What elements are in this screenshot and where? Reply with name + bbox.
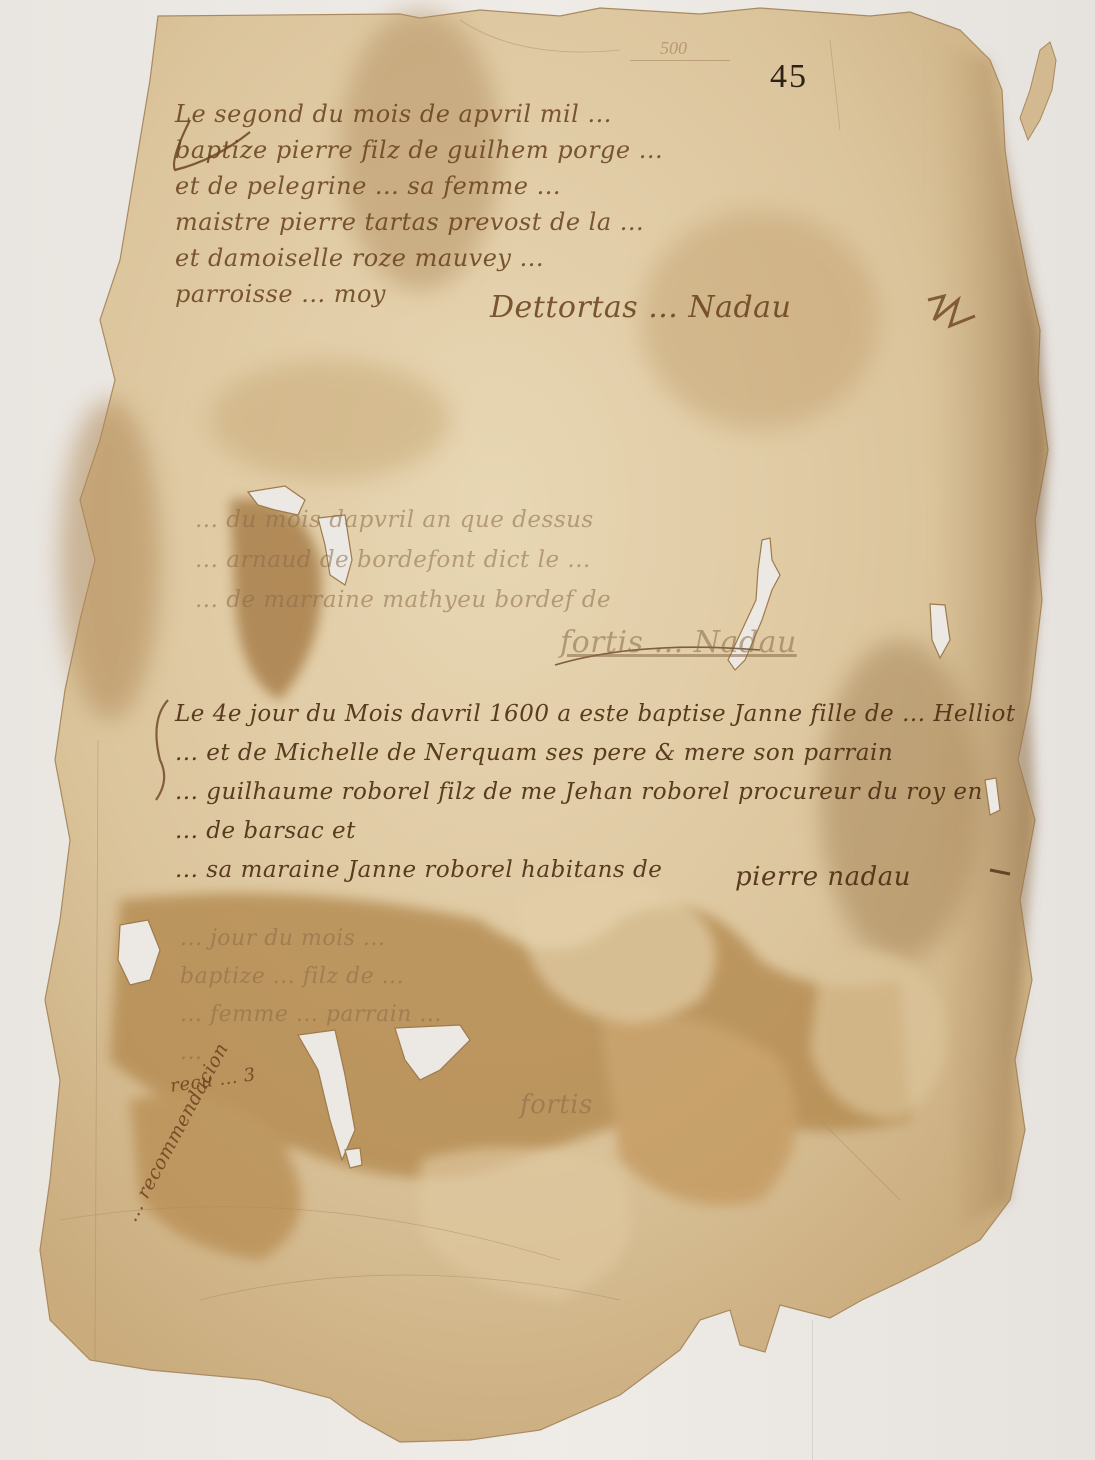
entry-1-signature: Dettortas ... Nadau — [490, 290, 791, 325]
register-entry-3: Le 4e jour du Mois davril 1600 a este ba… — [175, 695, 1016, 890]
old-page-number: 500 — [660, 38, 687, 59]
entry-4-line-3: ... femme ... parrain ... — [180, 996, 442, 1034]
entry-1-line-2: baptize pierre filz de guilhem porge ... — [175, 132, 663, 168]
entry-3-line-4: ... de barsac et — [175, 812, 1016, 851]
entry-3-signature: pierre nadau — [735, 862, 911, 892]
entry-3-line-1: Le 4e jour du Mois davril 1600 a este ba… — [175, 695, 1016, 734]
entry-4-line-2: baptize ... filz de ... — [180, 958, 442, 996]
entry-3-line-3: ... guilhaume roborel filz de me Jehan r… — [175, 773, 1016, 812]
old-page-number-rule — [630, 60, 730, 61]
entry-2-signature: fortis ... Nadau — [560, 625, 797, 660]
entry-2-line-1: ... du mois dapvril an que dessus — [195, 500, 611, 540]
entry-3-line-2: ... et de Michelle de Nerquam ses pere &… — [175, 734, 1016, 773]
register-entry-1: Le segond du mois de apvril mil ... bapt… — [175, 96, 663, 312]
folio-number: 45 — [770, 58, 808, 96]
entry-1-line-4: maistre pierre tartas prevost de la ... — [175, 204, 663, 240]
entry-2-line-3: ... de marraine mathyeu bordef de — [195, 580, 611, 620]
entry-1-line-5: et damoiselle roze mauvey ... — [175, 240, 663, 276]
entry-2-line-2: ... arnaud de bordefont dict le ... — [195, 540, 611, 580]
register-entry-2: ... du mois dapvril an que dessus ... ar… — [195, 500, 611, 620]
entry-1-line-3: et de pelegrine ... sa femme ... — [175, 168, 663, 204]
entry-4-signature: fortis — [520, 1090, 593, 1120]
entry-4-line-1: ... jour du mois ... — [180, 920, 442, 958]
entry-1-line-1: Le segond du mois de apvril mil ... — [175, 96, 663, 132]
